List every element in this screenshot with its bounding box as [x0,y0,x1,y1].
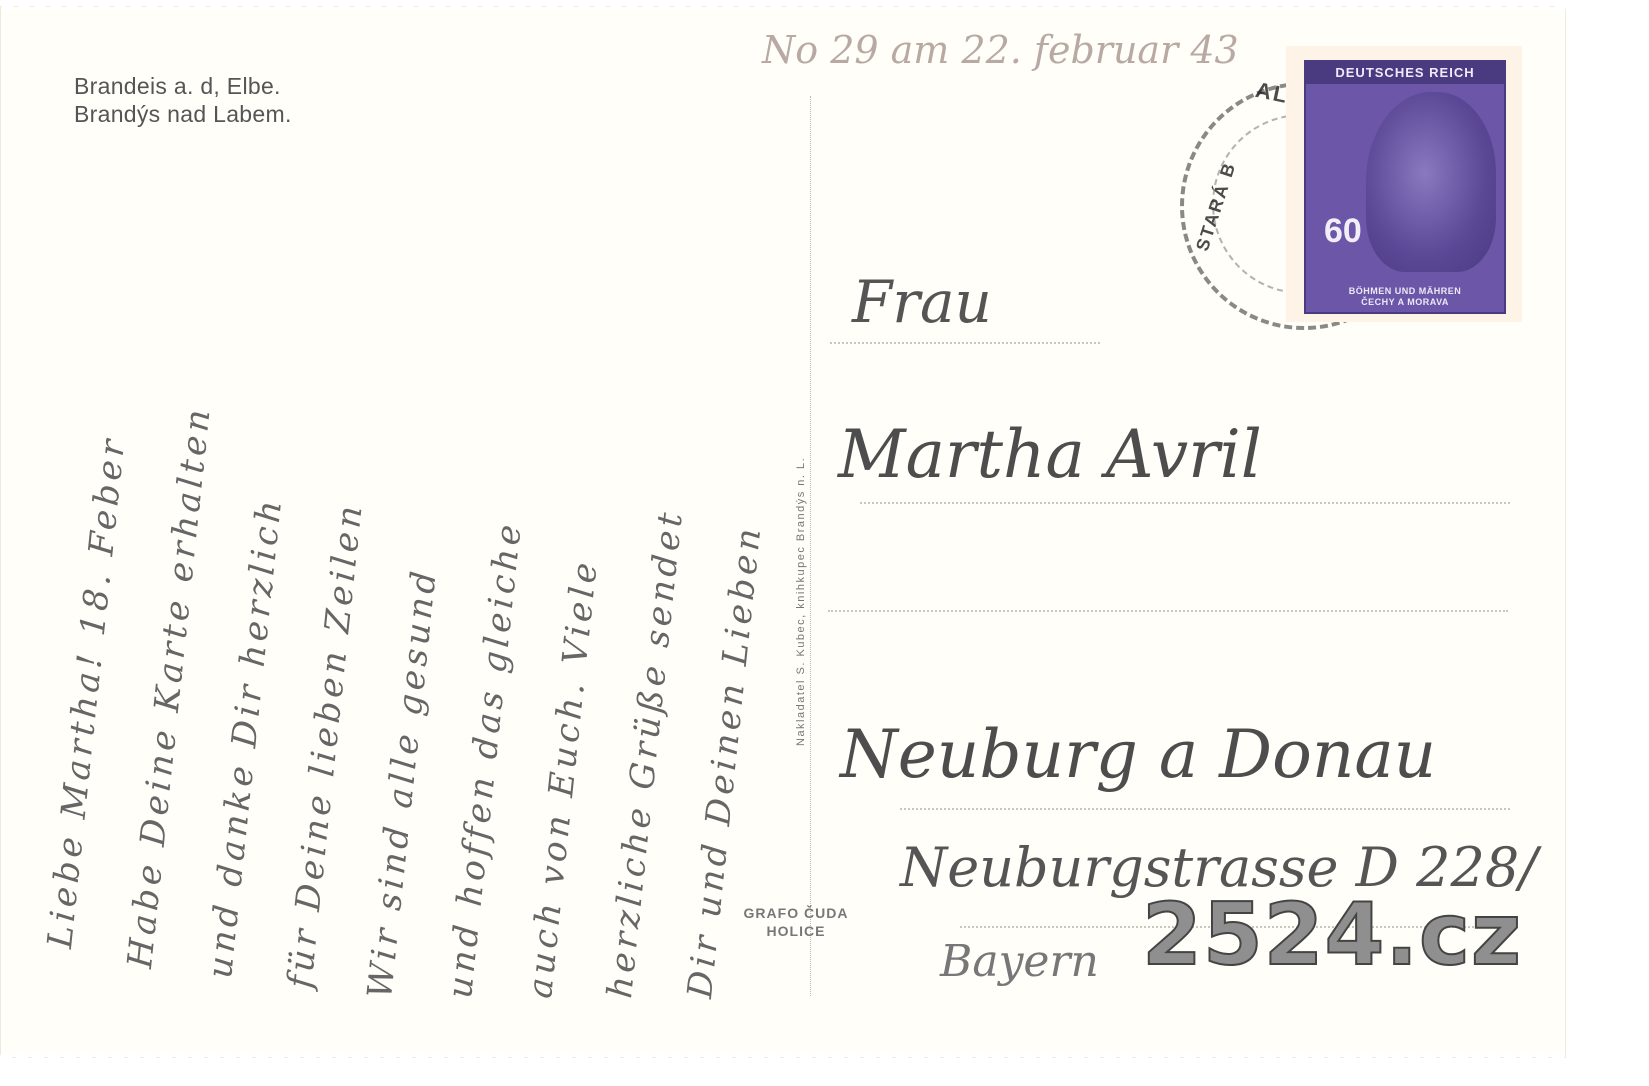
message-line: herzliche Grüße sendet [600,507,691,1000]
address-line-5: Bayern [940,936,1099,987]
message-line: und danke Dir herzlich [200,495,290,980]
stamp-value: 60 [1324,212,1362,251]
scalloped-edge-top [0,6,1566,16]
header-note: No 29 am 22. februar 43 [762,28,1239,72]
message-line: auch von Euch. Viele [520,557,606,1000]
scalloped-edge-bottom [0,1048,1566,1058]
message-line: und hoffen das gleiche [440,519,530,1000]
address-line-3: Neuburg a Donau [840,716,1436,793]
message-line: Wir sind alle gesund [360,565,445,1000]
address-line-1: Frau [852,268,992,336]
center-divider [810,96,811,996]
message-line: Liebe Martha! 18. Feber [40,434,134,950]
portrait-icon [1366,92,1496,272]
handwritten-message: Liebe Martha! 18. Feber Habe Deine Karte… [10,66,790,1026]
publisher-imprint: Nakladatel S. Kubec, knihkupec Brandýs n… [795,457,807,746]
message-line: Habe Deine Karte erhalten [120,404,219,970]
stamp-country: DEUTSCHES REICH [1306,62,1504,84]
postage-stamp: DEUTSCHES REICH 60 BÖHMEN UND MÄHREN ČEC… [1290,50,1518,318]
site-watermark: 2524.cz [1142,892,1522,978]
message-line: für Deine lieben Zeilen [280,500,371,990]
printer-mark: GRAFO ČUDA HOLICE [726,904,866,940]
address-line-2: Martha Avril [838,416,1262,493]
